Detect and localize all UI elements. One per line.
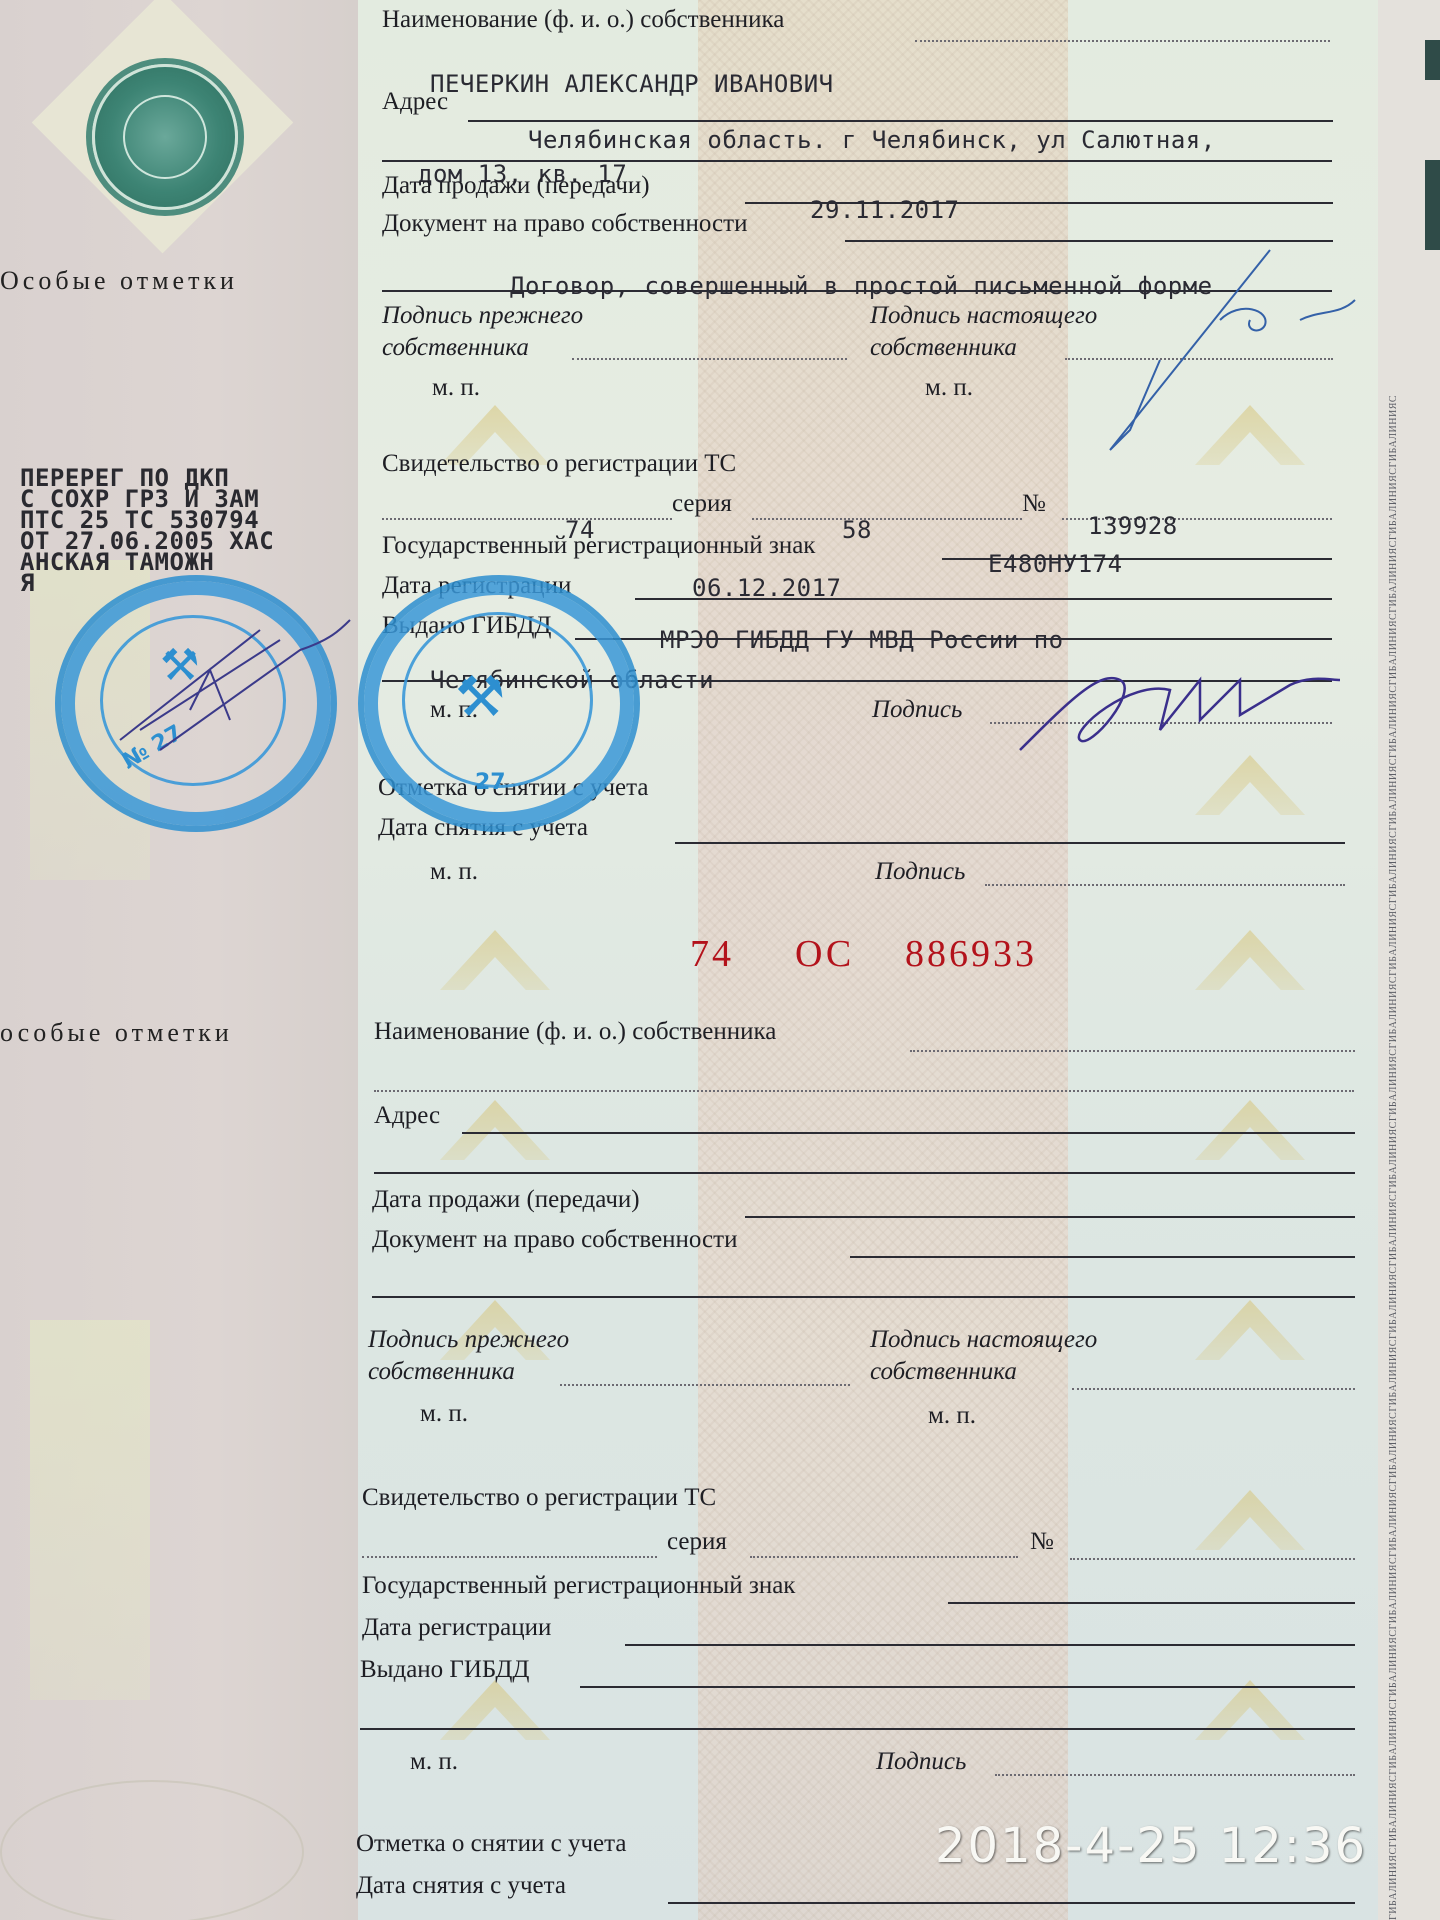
sale-date-value: 29.11.2017 bbox=[810, 196, 960, 224]
field-line bbox=[372, 1296, 1355, 1298]
ownership-doc-label: Документ на право собственности bbox=[382, 210, 747, 238]
number-label: № bbox=[1022, 490, 1046, 518]
field-line bbox=[1070, 1558, 1355, 1560]
owner-name-value: ПЕЧЕРКИН АЛЕКСАНДР ИВАНОВИЧ bbox=[430, 70, 834, 98]
curr-owner-sig-label-2: собственника bbox=[870, 334, 1017, 362]
field-line bbox=[745, 1216, 1355, 1218]
edge-mark bbox=[1425, 160, 1440, 250]
reg-date-value: 06.12.2017 bbox=[692, 574, 842, 602]
address-label: Адрес bbox=[374, 1102, 440, 1130]
stamp-number: 27 bbox=[475, 770, 506, 795]
stamp-place-label: м. п. bbox=[928, 1402, 976, 1430]
issued-by-value-line1: МРЭО ГИБДД ГУ МВД России по bbox=[660, 626, 1064, 654]
signature-label: Подпись bbox=[872, 696, 962, 724]
field-line bbox=[374, 1172, 1355, 1174]
field-line bbox=[625, 1644, 1355, 1646]
field-line bbox=[462, 1132, 1355, 1134]
curr-owner-sig-label-2: собственника bbox=[870, 1358, 1017, 1386]
field-line bbox=[382, 518, 672, 520]
field-line bbox=[750, 1556, 1018, 1558]
stamp-place-label: м. п. bbox=[410, 1748, 458, 1776]
signature-left-stamp bbox=[100, 610, 350, 760]
signature-line bbox=[560, 1384, 850, 1386]
field-line bbox=[362, 1556, 657, 1558]
reg-cert-series-2: 58 bbox=[842, 516, 872, 544]
field-line bbox=[948, 1602, 1355, 1604]
reg-cert-label: Свидетельство о регистрации ТС bbox=[362, 1484, 716, 1512]
pts-serial-number: 886933 bbox=[905, 932, 1037, 976]
field-line bbox=[915, 40, 1330, 42]
sale-date-label: Дата продажи (передачи) bbox=[382, 172, 650, 200]
address-label: Адрес bbox=[382, 88, 448, 116]
number-label: № bbox=[1030, 1528, 1054, 1556]
edge-microtext: ГИБАЛИНИЯСГИБАЛИНИЯСГИБАЛИНИЯСГИБАЛИНИЯС… bbox=[1388, 0, 1404, 1920]
signature-line bbox=[572, 358, 847, 360]
watermark-seal bbox=[0, 1780, 304, 1920]
signature-registrar bbox=[1010, 660, 1340, 760]
special-marks-heading: Особые отметки bbox=[0, 266, 238, 296]
field-line bbox=[752, 518, 1022, 520]
signature-current-owner bbox=[1070, 240, 1370, 460]
owner-name-label: Наименование (ф. и. о.) собственника bbox=[382, 6, 784, 34]
signature-line bbox=[985, 884, 1345, 886]
dereg-mark-label: Отметка о снятии с учета bbox=[356, 1830, 626, 1858]
edge-mark bbox=[1425, 40, 1440, 80]
special-marks-note: ПЕРЕРЕГ ПО ДКП С СОХР ГРЗ И ЗАМ ПТС 25 Т… bbox=[20, 468, 274, 594]
special-marks-heading-2: особые отметки bbox=[0, 1018, 233, 1048]
special-note-line: АНСКАЯ ТАМОЖН bbox=[20, 552, 274, 573]
reg-cert-number: 139928 bbox=[1088, 512, 1178, 540]
field-line bbox=[910, 1050, 1355, 1052]
stamp-place-label: м. п. bbox=[432, 374, 480, 402]
signature-label: Подпись bbox=[875, 858, 965, 886]
issued-by-label: Выдано ГИБДД bbox=[360, 1656, 529, 1684]
signature-label: Подпись bbox=[876, 1748, 966, 1776]
stamp-place-label: м. п. bbox=[430, 858, 478, 886]
ownership-doc-label: Документ на право собственности bbox=[372, 1226, 737, 1254]
hologram-emblem-icon bbox=[92, 64, 238, 210]
sale-date-label: Дата продажи (передачи) bbox=[372, 1186, 640, 1214]
left-page-special-marks: Особые отметки ПЕРЕРЕГ ПО ДКП С СОХР ГРЗ… bbox=[0, 0, 358, 1920]
curr-owner-sig-label: Подпись настоящего bbox=[870, 1326, 1097, 1354]
field-line bbox=[675, 842, 1345, 844]
photo-timestamp: 2018-4-25 12:36 bbox=[935, 1818, 1367, 1874]
plate-value: Е480НУ174 bbox=[988, 550, 1123, 578]
signature-line bbox=[1072, 1388, 1355, 1390]
reg-cert-label: Свидетельство о регистрации ТС bbox=[382, 450, 736, 478]
pts-serial-series: ОС bbox=[795, 932, 854, 976]
prev-owner-sig-label: Подпись прежнего bbox=[368, 1326, 569, 1354]
field-line bbox=[374, 1090, 1354, 1092]
hammer-wrench-icon: ⚒ bbox=[455, 665, 505, 730]
address-value-line1: Челябинская область. г Челябинск, ул Сал… bbox=[528, 126, 1216, 154]
series-label: серия bbox=[672, 490, 732, 518]
field-line bbox=[360, 1728, 1355, 1730]
series-label: серия bbox=[667, 1528, 727, 1556]
security-pattern bbox=[30, 1320, 150, 1700]
signature-line bbox=[995, 1774, 1355, 1776]
plate-label: Государственный регистрационный знак bbox=[362, 1572, 795, 1600]
owner-name-label: Наименование (ф. и. о.) собственника bbox=[374, 1018, 776, 1046]
plate-label: Государственный регистрационный знак bbox=[382, 532, 815, 560]
prev-owner-sig-label-2: собственника bbox=[368, 1358, 515, 1386]
field-line bbox=[850, 1256, 1355, 1258]
dereg-date-label: Дата снятия с учета bbox=[356, 1872, 566, 1900]
curr-owner-sig-label: Подпись настоящего bbox=[870, 302, 1097, 330]
prev-owner-sig-label-2: собственника bbox=[382, 334, 529, 362]
field-line bbox=[668, 1902, 1355, 1904]
stamp-place-label: м. п. bbox=[420, 1400, 468, 1428]
field-line bbox=[468, 120, 1333, 122]
field-line bbox=[580, 1686, 1355, 1688]
pts-serial-region: 74 bbox=[690, 932, 734, 976]
reg-date-label: Дата регистрации bbox=[362, 1614, 551, 1642]
stamp-place-label: м. п. bbox=[925, 374, 973, 402]
prev-owner-sig-label: Подпись прежнего bbox=[382, 302, 583, 330]
